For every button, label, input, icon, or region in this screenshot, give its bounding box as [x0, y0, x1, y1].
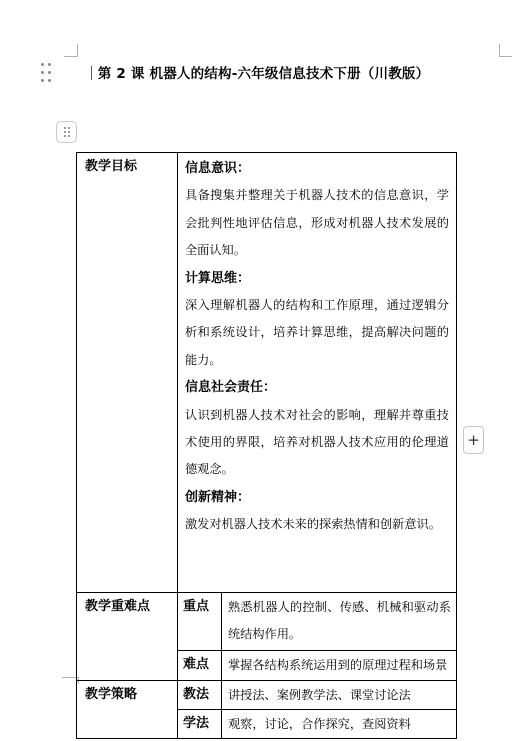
- six-dot-grid-icon: [64, 127, 70, 137]
- plus-icon: +: [467, 433, 480, 448]
- goal-section: 信息社会责任： 认识到机器人技术对社会的影响，理解并尊重技术使用的界限，培养对机…: [185, 374, 449, 484]
- goal-section-body: 激发对机器人技术未来的探索热情和创新意识。: [185, 511, 449, 538]
- label-key-point: 重点: [178, 593, 222, 651]
- row-header-teaching-goals: 教学目标: [77, 153, 178, 593]
- goal-section-heading: 计算思维：: [185, 265, 449, 292]
- table-block-handle-button[interactable]: [56, 121, 77, 143]
- key-point-text: 熟悉机器人的控制、传感、机械和驱动系统结构作用。: [222, 593, 457, 651]
- goal-section: 信息意识： 具备搜集并整理关于机器人技术的信息意识，学会批判性地评估信息，形成对…: [185, 155, 449, 265]
- text-caret: [91, 66, 92, 80]
- teaching-method-text: 讲授法、案例教学法、课堂讨论法: [222, 681, 457, 710]
- learning-method-text: 观察，讨论，合作探究，查阅资料: [222, 710, 457, 739]
- page-corner-mark-top-left: [64, 44, 78, 57]
- goal-section-heading: 创新精神：: [185, 484, 449, 511]
- table-row: 教学策略 教法 讲授法、案例教学法、课堂讨论法: [77, 681, 457, 710]
- difficult-point-text: 掌握各结构系统运用到的原理过程和场景: [222, 651, 457, 681]
- label-difficult-point: 难点: [178, 651, 222, 681]
- goal-section-body: 深入理解机器人的结构和工作原理，通过逻辑分析和系统设计，培养计算思维，提高解决问…: [185, 292, 449, 374]
- page-corner-mark-top-right: [499, 44, 512, 57]
- label-teaching-method: 教法: [178, 681, 222, 710]
- table-row: 教学目标 信息意识： 具备搜集并整理关于机器人技术的信息意识，学会批判性地评估信…: [77, 153, 457, 593]
- row-header-teaching-strategy: 教学策略: [77, 681, 178, 739]
- title-row: 第 2 课 机器人的结构-六年级信息技术下册（川教版）: [0, 62, 520, 82]
- teaching-goals-cell: 信息意识： 具备搜集并整理关于机器人技术的信息意识，学会批判性地评估信息，形成对…: [178, 153, 457, 593]
- add-button[interactable]: +: [463, 426, 484, 454]
- goal-section-heading: 信息社会责任：: [185, 374, 449, 401]
- lesson-plan-table: 教学目标 信息意识： 具备搜集并整理关于机器人技术的信息意识，学会批判性地评估信…: [76, 152, 457, 739]
- goal-section: 创新精神： 激发对机器人技术未来的探索热情和创新意识。: [185, 484, 449, 539]
- goal-section-body: 具备搜集并整理关于机器人技术的信息意识，学会批判性地评估信息，形成对机器人技术发…: [185, 182, 449, 264]
- goal-section-heading: 信息意识：: [185, 155, 449, 182]
- goal-section-body: 认识到机器人技术对社会的影响，理解并尊重技术使用的界限，培养对机器人技术应用的伦…: [185, 402, 449, 484]
- goal-section: 计算思维： 深入理解机器人的结构和工作原理，通过逻辑分析和系统设计，培养计算思维…: [185, 265, 449, 375]
- row-header-key-difficult-points: 教学重难点: [77, 593, 178, 681]
- label-learning-method: 学法: [178, 710, 222, 739]
- table-row: 教学重难点 重点 熟悉机器人的控制、传感、机械和驱动系统结构作用。: [77, 593, 457, 651]
- document-page: 第 2 课 机器人的结构-六年级信息技术下册（川教版） 教学目标 信息意识： 具…: [0, 0, 520, 741]
- document-title: 第 2 课 机器人的结构-六年级信息技术下册（川教版）: [98, 66, 430, 82]
